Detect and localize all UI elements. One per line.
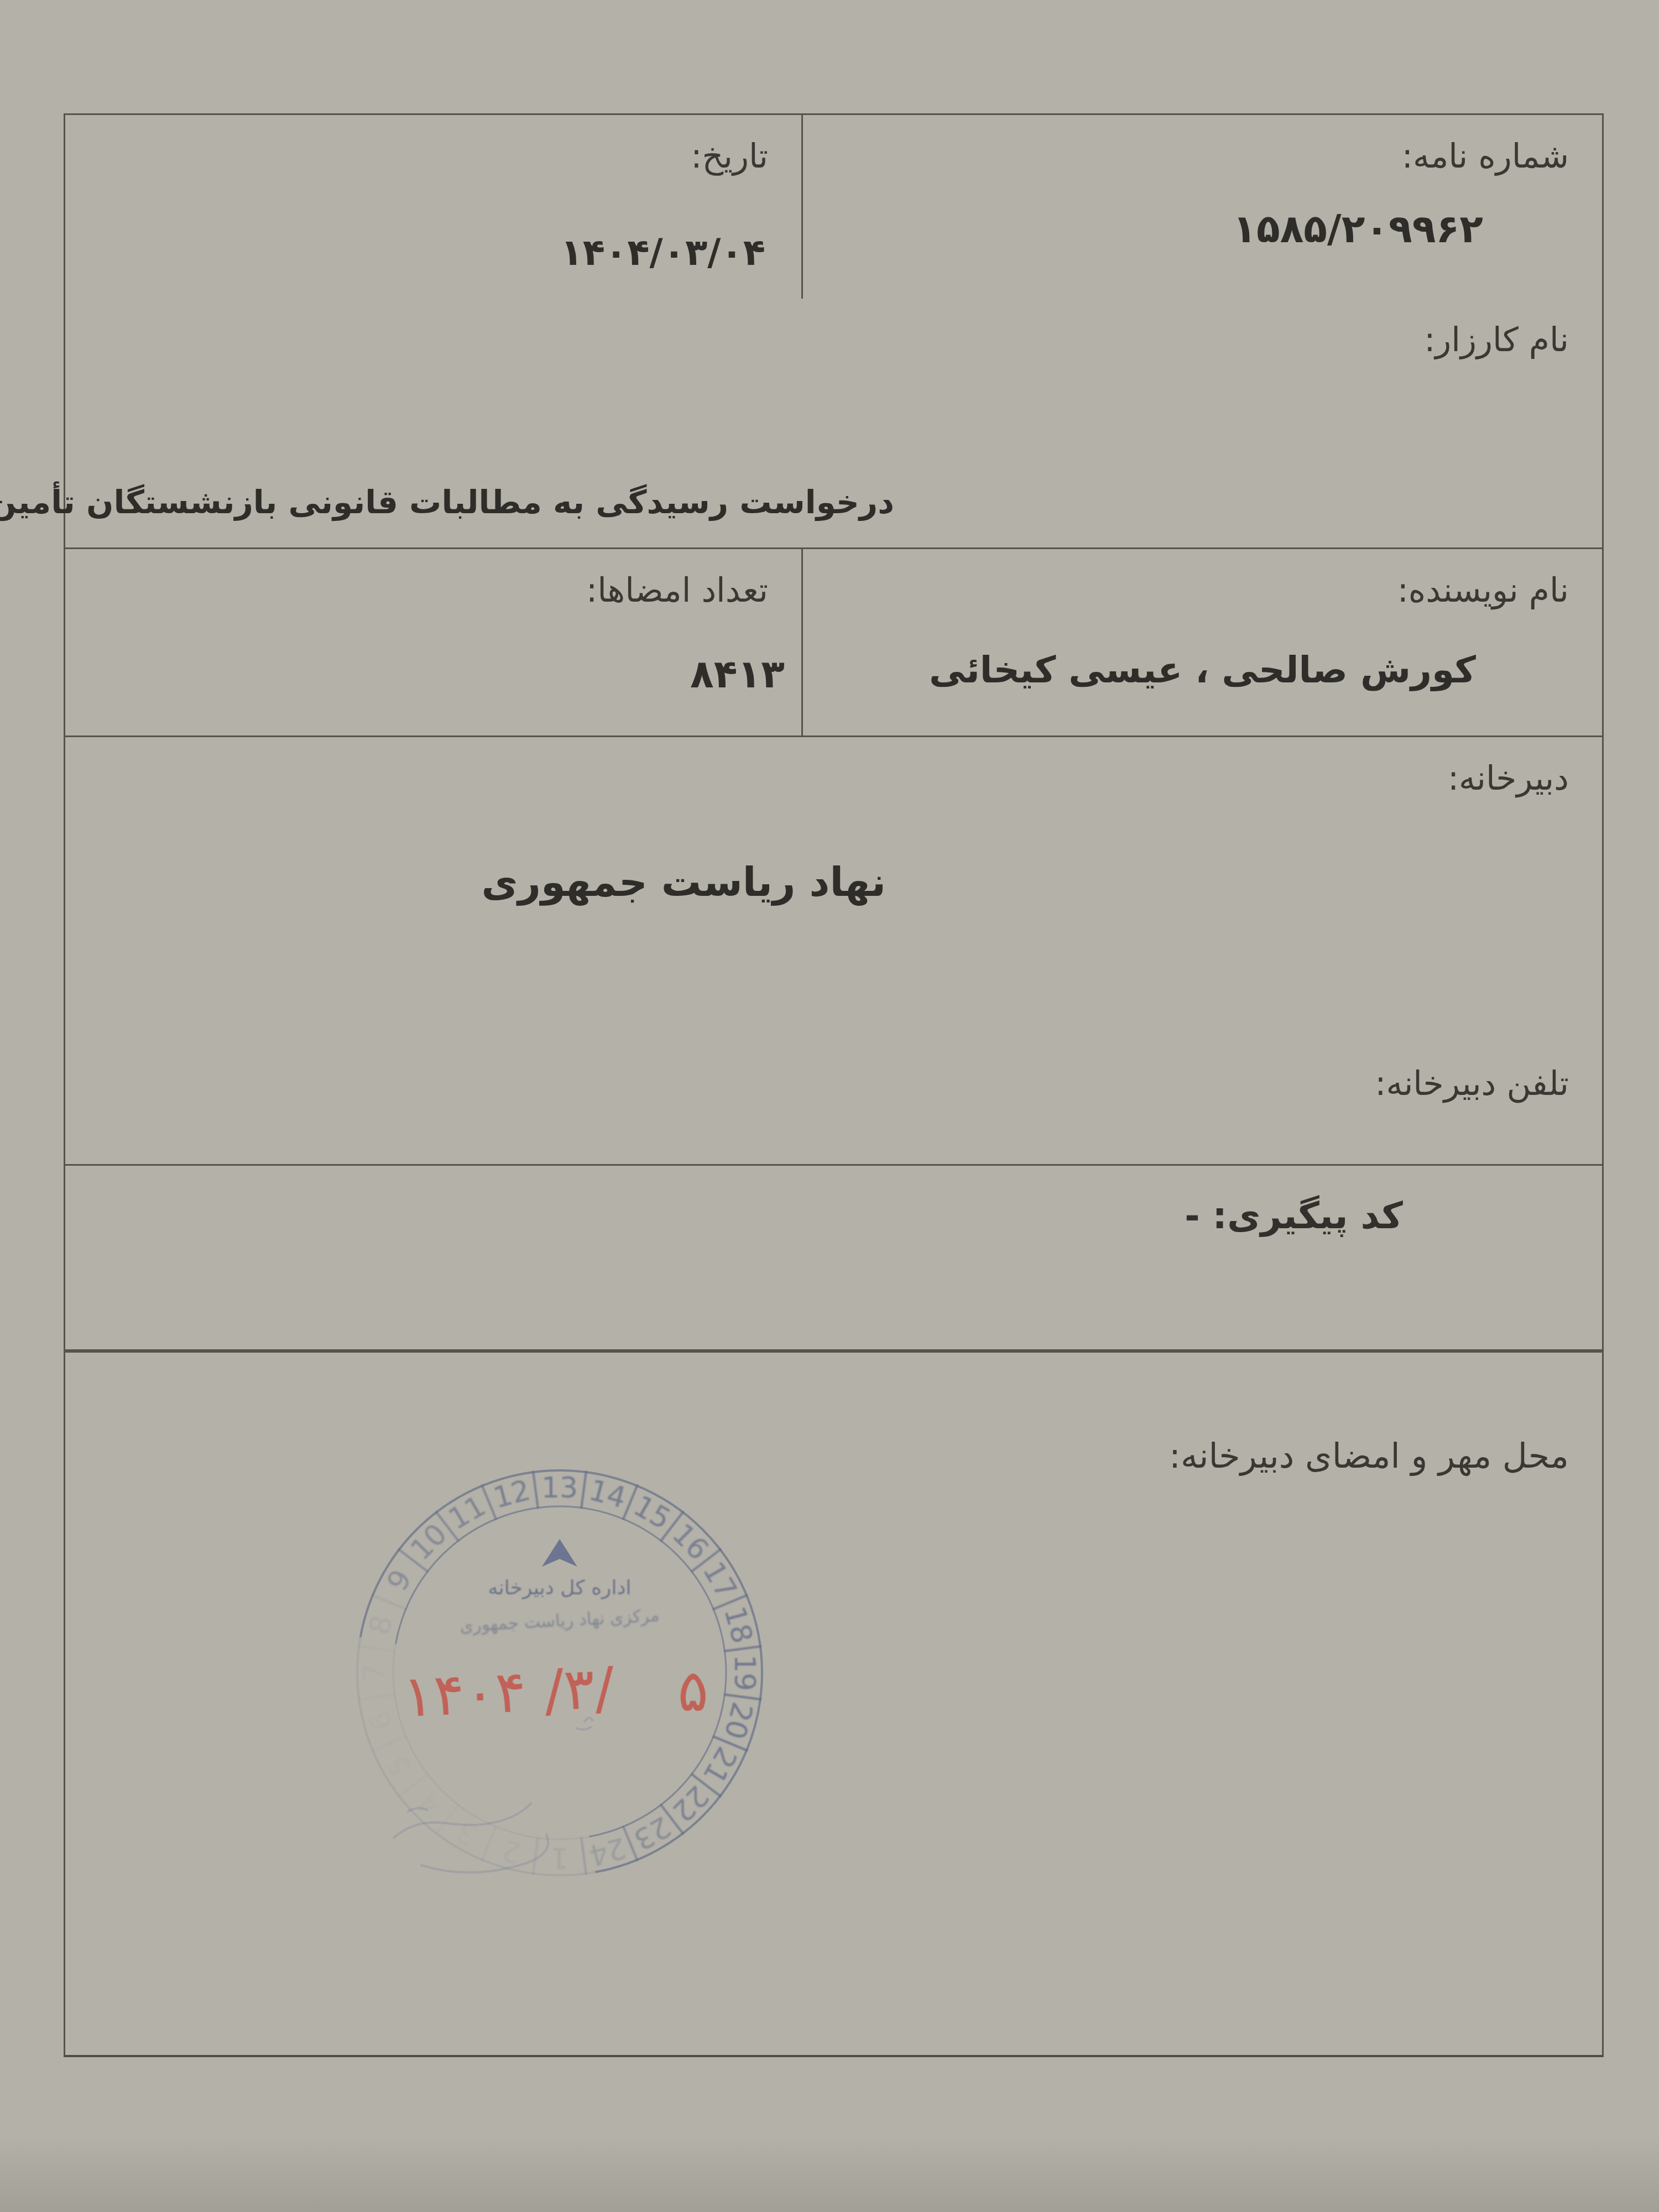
row-author-signatures: نام نویسنده: کورش صالحی ، عیسی کیخائی تع… [64, 547, 1604, 735]
form-table: شماره نامه: ۱۵۸۵/۲۰۹۹۶۲ تاریخ: ۱۴۰۴/۰۳/۰… [64, 113, 1604, 2057]
letter-number-label: شماره نامه: [1402, 137, 1569, 176]
paper-sheet: شماره نامه: ۱۵۸۵/۲۰۹۹۶۲ تاریخ: ۱۴۰۴/۰۳/۰… [0, 0, 1659, 2212]
tracking-code-line: کد پیگیری: - [1185, 1194, 1403, 1237]
stamp-wheel-number: 13 [541, 1472, 578, 1505]
field-campaign-name: نام کارزار: درخواست رسیدگی به مطالبات قا… [64, 299, 1604, 547]
date-value: ۱۴۰۴/۰۳/۰۴ [560, 231, 765, 274]
stamp-org-line1: اداره کل دبیرخانه [355, 1577, 764, 1599]
field-date: تاریخ: ۱۴۰۴/۰۳/۰۴ [65, 115, 803, 299]
stamp-handwritten-day: ۵ [677, 1657, 709, 1724]
field-letter-number: شماره نامه: ۱۵۸۵/۲۰۹۹۶۲ [803, 115, 1602, 299]
field-secretariat: دبیرخانه: نهاد ریاست جمهوری تلفن دبیرخان… [64, 735, 1604, 1164]
letter-number-value: ۱۵۸۵/۲۰۹۹۶۲ [1233, 206, 1483, 252]
secretariat-phone-label: تلفن دبیرخانه: [1375, 1065, 1569, 1103]
stamp-signature-area: محل مهر و امضای دبیرخانه: 12345678910111… [64, 1349, 1604, 2057]
date-label: تاریخ: [691, 137, 768, 176]
stamp-arrow-logo-icon [542, 1539, 577, 1568]
secretariat-stamp: 123456789101112131415161718192021222324 … [355, 1468, 764, 1877]
stamp-wheel-number: 7 [358, 1663, 392, 1682]
tracking-code-label: کد پیگیری: [1213, 1194, 1403, 1237]
tracking-code-value: - [1185, 1194, 1199, 1237]
field-signature-count: تعداد امضاها: ۸۴۱۳ [65, 549, 803, 735]
signature-strokes-icon [355, 1712, 665, 1877]
author-name-value: کورش صالحی ، عیسی کیخائی [803, 649, 1602, 691]
field-author-name: نام نویسنده: کورش صالحی ، عیسی کیخائی [803, 549, 1602, 735]
author-name-label: نام نویسنده: [1397, 571, 1569, 610]
stamp-area-label: محل مهر و امضای دبیرخانه: [1169, 1436, 1569, 1476]
stamp-wheel-number: 19 [728, 1655, 761, 1691]
signature-count-label: تعداد امضاها: [586, 571, 768, 610]
campaign-name-label: نام کارزار: [1424, 321, 1569, 359]
field-tracking-code: کد پیگیری: - [64, 1164, 1604, 1349]
photo-bottom-shadow [0, 2135, 1659, 2212]
signature-count-value: ۸۴۱۳ [690, 651, 785, 697]
secretariat-value: نهاد ریاست جمهوری [482, 859, 886, 905]
campaign-name-value: درخواست رسیدگی به مطالبات قانونی بازنشست… [0, 483, 894, 521]
row-letter-number-date: شماره نامه: ۱۵۸۵/۲۰۹۹۶۲ تاریخ: ۱۴۰۴/۰۳/۰… [64, 113, 1604, 299]
photographed-paper-form: { "form": { "letter_number": { "label": … [0, 0, 1659, 2212]
secretariat-label: دبیرخانه: [1448, 759, 1569, 798]
